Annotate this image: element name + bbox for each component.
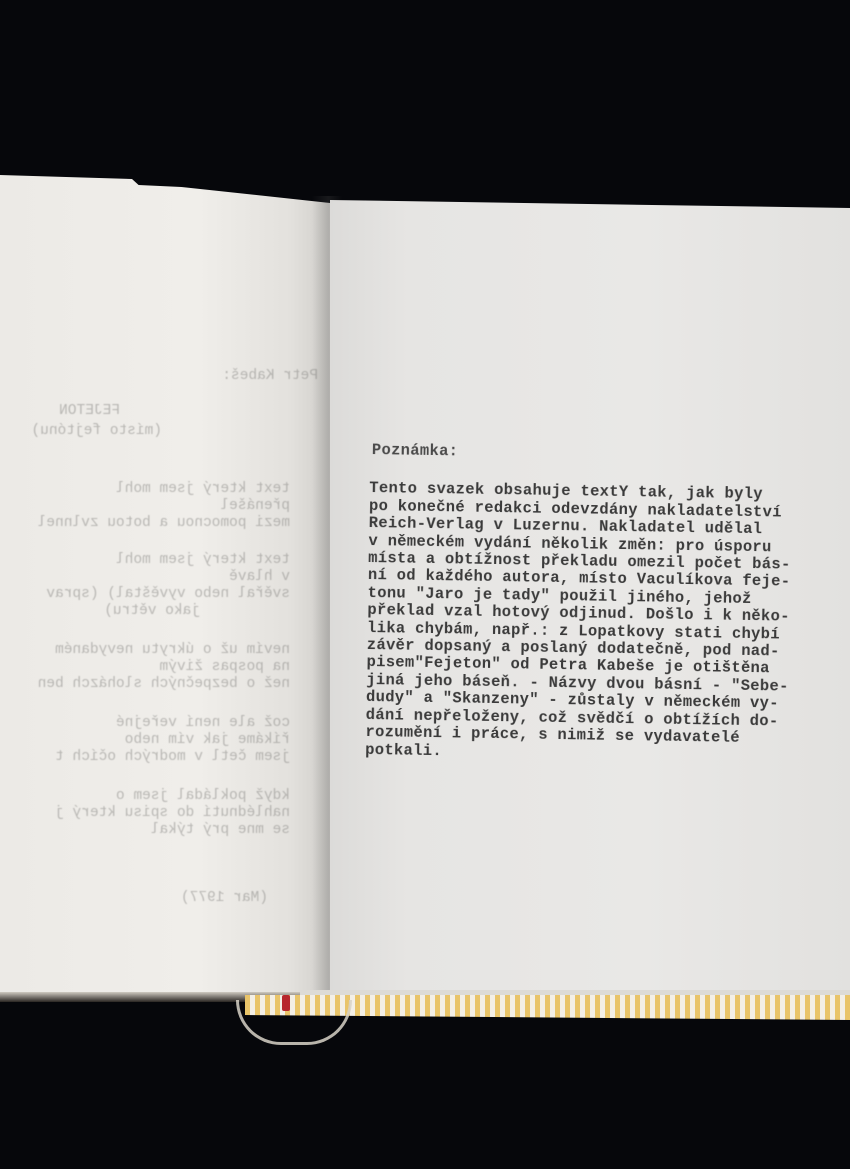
stanza-line: což ale není veřejné: [116, 715, 290, 732]
stanza-line: svěřal nebo vyvěštal) (sprav: [46, 586, 290, 603]
stanza-line: nahlédnutí do spisu který j: [55, 805, 290, 822]
stanza-line: na pospas živým: [159, 659, 290, 676]
stanza-line: když pokládal jsem o: [116, 788, 290, 805]
note-body: Tento svazek obsahuje textY tak, jak byl…: [365, 480, 819, 766]
bookmark-ribbon: [236, 1000, 352, 1045]
stanza-line: jsem četl v modrých očích t: [55, 749, 290, 766]
poem-subtitle: (místo fejtónu): [31, 423, 162, 440]
stanza-line: nevím už o úkrytu nevydaném: [55, 642, 290, 659]
stanza-line: přenášel: [220, 498, 290, 515]
poem-title: FEJETON: [59, 403, 120, 420]
book-spread: Petr Kabeš: FEJETON (místo fejtónu) text…: [0, 0, 850, 1169]
stanza-line: se mne prý týkal: [151, 822, 290, 839]
stanza-line: text který jsem mohl: [116, 552, 290, 569]
stanza-line: jako větru): [104, 603, 200, 620]
stanza-line: než o bezpečných sloházch ben: [38, 676, 290, 693]
note-heading: Poznámka:: [372, 442, 820, 466]
editorial-note: Poznámka: Tento svazek obsahuje textY ta…: [365, 442, 820, 766]
stanza-line: říkáme jak vím nebo: [125, 732, 290, 749]
left-page: Petr Kabeš: FEJETON (místo fejtónu) text…: [0, 175, 330, 993]
stanza-line: mezi pomocnou a botou zvlnnel: [38, 515, 290, 532]
bleed-through-text: Petr Kabeš: FEJETON (místo fejtónu) text…: [0, 175, 330, 993]
stanza-line: text který jsem mohl: [116, 481, 290, 498]
poem-date: (Mar 1977): [181, 890, 268, 907]
stanza-line: v hlavě: [229, 569, 290, 586]
author-name: Petr Kabeš:: [222, 368, 318, 385]
right-page: Poznámka: Tento svazek obsahuje textY ta…: [330, 200, 850, 1000]
